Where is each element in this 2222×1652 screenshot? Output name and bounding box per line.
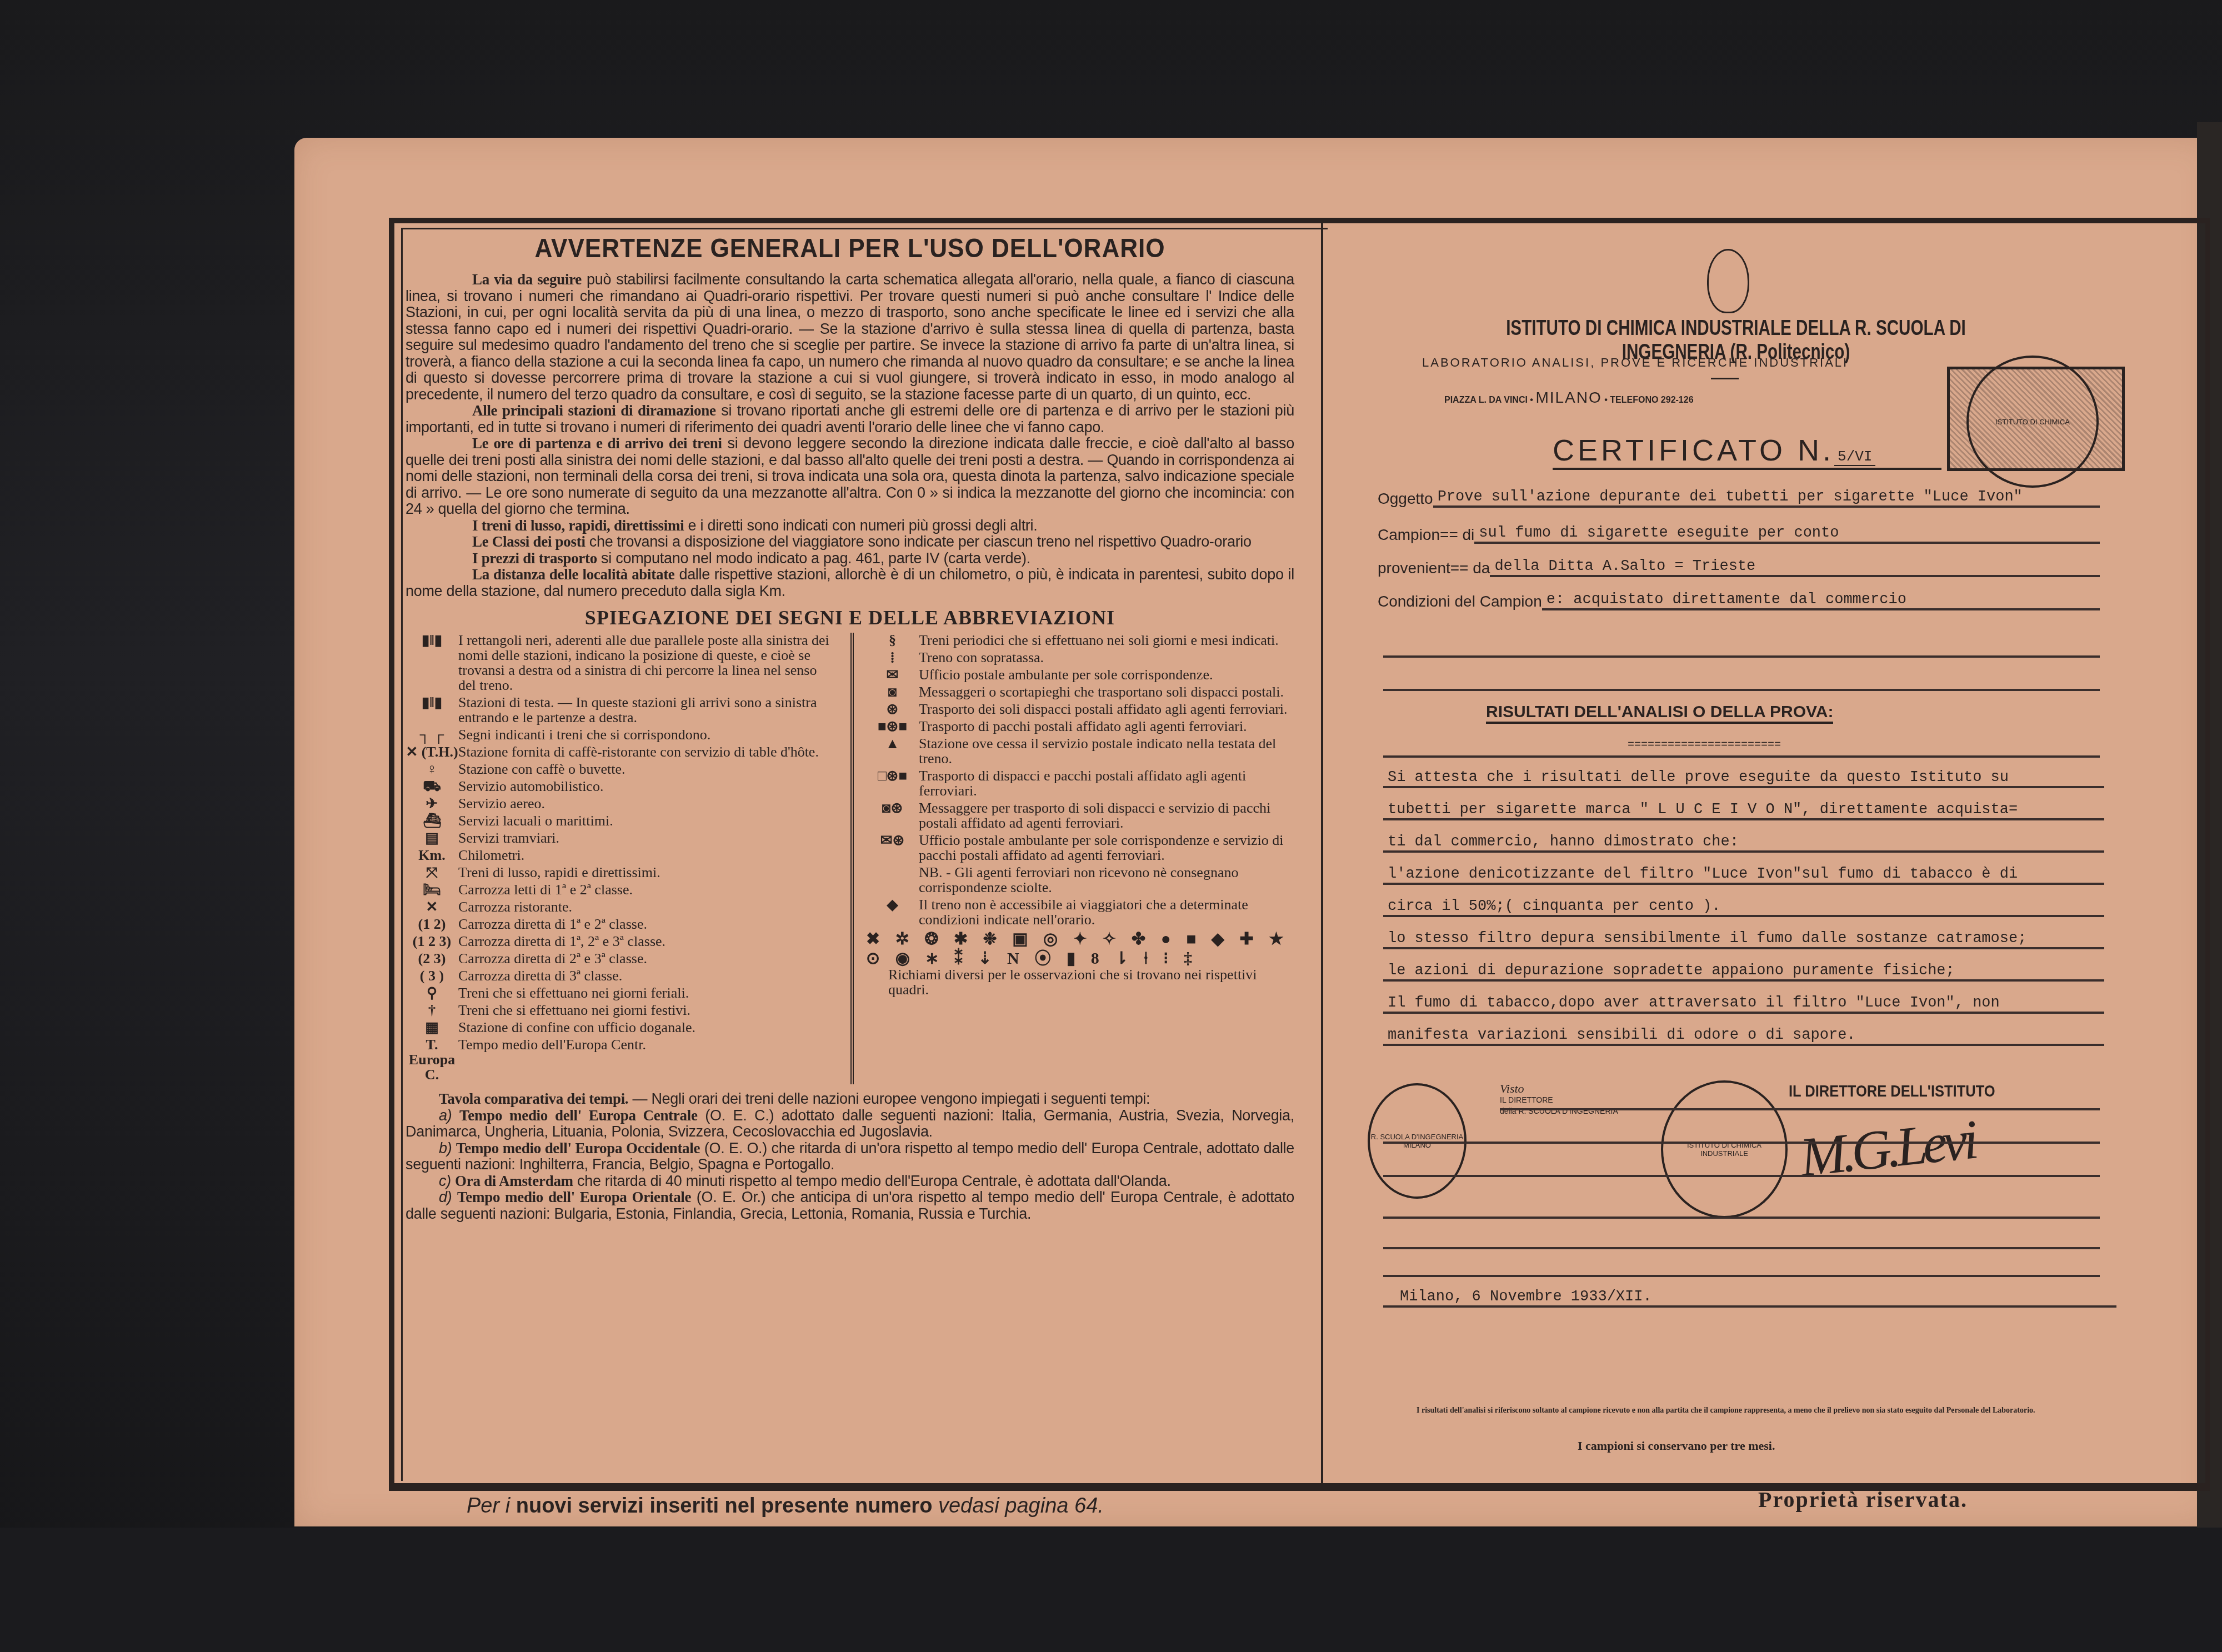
- sign-description: Servizio aereo.: [458, 796, 834, 811]
- sign-description: NB. - Gli agenti ferroviari non ricevono…: [919, 865, 1294, 895]
- sign-legend-item: ⤧Treni di lusso, rapidi e direttissimi.: [406, 865, 834, 880]
- sign-legend-item: ✈Servizio aereo.: [406, 796, 834, 811]
- sign-legend-item: Km.Chilometri.: [406, 848, 834, 863]
- instruction-paragraph: I prezzi di trasporto si computano nel m…: [406, 550, 1294, 567]
- sign-description: Stazione con caffè o buvette.: [458, 762, 834, 777]
- sign-legend-item: ⊛Trasporto dei soli dispacci postali aff…: [866, 702, 1294, 717]
- sign-description: Carrozza diretta di 3ª classe.: [458, 968, 834, 983]
- certificate-field: Condizioni del Campione: acquistato dire…: [1378, 592, 2100, 610]
- result-line: tubetti per sigarette marca " L U C E I …: [1383, 802, 2104, 820]
- blank-line: [1383, 655, 2100, 658]
- customs-icon: ▦: [406, 1020, 458, 1035]
- sign-description: Il treno non è accessibile ai viaggiator…: [919, 897, 1294, 927]
- sign-legend-item: ⛟Servizio automobilistico.: [406, 779, 834, 794]
- sign-legend-item: ■⊛■Trasporto di pacchi postali affidato …: [866, 719, 1294, 734]
- express-train-icon: ⤧: [406, 865, 458, 880]
- field-label: Campion== di: [1378, 526, 1474, 544]
- blank-line: [1383, 1275, 2100, 1277]
- signs-column-right: §Treni periodici che si effettuano nei s…: [850, 633, 1294, 1084]
- background-band: [0, 1528, 2222, 1652]
- km-icon: Km.: [406, 848, 458, 863]
- instruction-paragraphs: La via da seguire può stabilirsi facilme…: [406, 272, 1294, 599]
- sign-legend-item: ♀Stazione con caffè o buvette.: [406, 762, 834, 777]
- time-zone-item: b) Tempo medio dell' Europa Occidentale …: [406, 1140, 1294, 1173]
- mail-envelope-icon: ✉: [866, 667, 919, 682]
- sign-legend-item: ▲Stazione ove cessa il servizio postale …: [866, 736, 1294, 766]
- tavola-lead: Tavola comparativa dei tempi.: [439, 1090, 628, 1107]
- sign-description: Carrozza letti di 1ª e 2ª classe.: [458, 882, 834, 897]
- sign-description: Trasporto di dispacci e pacchi postali a…: [919, 768, 1294, 798]
- sign-legend-item: T. Europa C.Tempo medio dell'Europa Cent…: [406, 1037, 834, 1082]
- sign-legend-item: ✉⊛Ufficio postale ambulante per sole cor…: [866, 833, 1294, 863]
- sample-retention-note: I campioni si conservano per tre mesi.: [1578, 1439, 1775, 1453]
- sign-description: Trasporto dei soli dispacci postali affi…: [919, 702, 1294, 717]
- sign-legend-item: ▦Stazione di confine con ufficio doganal…: [406, 1020, 834, 1035]
- sign-legend-item: ◙Messaggeri o scortapieghi che trasporta…: [866, 684, 1294, 699]
- instruction-paragraph: Alle principali stazioni di diramazione …: [406, 403, 1294, 435]
- sign-legend-item: ⚲Treni che si effettuano nei giorni feri…: [406, 985, 834, 1000]
- dining-car-icon: ✕: [406, 899, 458, 914]
- field-value: della Ditta A.Salto = Trieste: [1490, 558, 2100, 577]
- equals-separator: =======================: [1628, 739, 1781, 752]
- sign-description: Treni di lusso, rapidi e direttissimi.: [458, 865, 834, 880]
- messenger-icon: ◙: [866, 684, 919, 699]
- sign-description: Ufficio postale ambulante per sole corri…: [919, 667, 1294, 682]
- sign-description: Treno con sopratassa.: [919, 650, 1294, 665]
- sign-description: Treni che si effettuano nei giorni feria…: [458, 985, 834, 1000]
- instruction-paragraph: Le Classi dei posti che trovansi a dispo…: [406, 534, 1294, 550]
- sign-description: Treni periodici che si effettuano nei so…: [919, 633, 1294, 648]
- royal-emblem-icon: [1707, 249, 1749, 313]
- blank-line: [1383, 689, 2100, 691]
- buvette-icon: ♀: [406, 762, 458, 777]
- blank-line: [1500, 1108, 2100, 1110]
- surcharge-icon: ⁞: [866, 650, 919, 665]
- field-value: e: acquistato direttamente dal commercio: [1542, 592, 2100, 610]
- sign-legend-item: ✕Carrozza ristorante.: [406, 899, 834, 914]
- parcel-wheel-icon: ■⊛■: [866, 719, 919, 734]
- timetable-instructions: AVVERTENZE GENERALI PER L'USO DELL'ORARI…: [406, 233, 1294, 1222]
- ship-icon: ⛴: [406, 813, 458, 828]
- symbols-caption: Richiami diversi per le osservazioni che…: [866, 967, 1294, 997]
- signs-title: SPIEGAZIONE DEI SEGNI E DELLE ABBREVIAZI…: [406, 606, 1294, 629]
- result-line: manifesta variazioni sensibili di odore …: [1383, 1027, 2104, 1046]
- field-value: sul fumo di sigarette eseguite per conto: [1474, 525, 2100, 544]
- sign-legend-item: ▮‖▮Stazioni di testa. — In queste stazio…: [406, 695, 834, 725]
- signs-legend: ▮‖▮I rettangoli neri, aderenti alle due …: [406, 633, 1294, 1084]
- time-zone-item: d) Tempo medio dell' Europa Orientale (O…: [406, 1189, 1294, 1222]
- sign-legend-item: ⛴Servizi lacuali o marittimi.: [406, 813, 834, 828]
- airplane-icon: ✈: [406, 796, 458, 811]
- postal-stop-icon: ▲: [866, 736, 919, 751]
- results-title: RISULTATI DELL'ANALISI O DELLA PROVA:: [1486, 703, 1833, 724]
- field-value: Prove sull'azione depurante dei tubetti …: [1433, 489, 2100, 508]
- result-line: lo stesso filtro depura sensibilmente il…: [1383, 930, 2104, 949]
- restaurant-icon: ✕ (T.H.): [406, 744, 458, 759]
- sign-legend-item: ✉Ufficio postale ambulante per sole corr…: [866, 667, 1294, 682]
- sign-legend-item: □⊛■Trasporto di dispacci e pacchi postal…: [866, 768, 1294, 798]
- sign-description: Tempo medio dell'Europa Centr.: [458, 1037, 834, 1052]
- coach-12-icon: (1 2): [406, 917, 458, 932]
- sign-description: Carrozza diretta di 2ª e 3ª classe.: [458, 951, 834, 966]
- field-label: Oggetto: [1378, 490, 1433, 508]
- sign-legend-item: ◙⊛Messaggere per trasporto di soli dispa…: [866, 800, 1294, 830]
- holiday-icon: †: [406, 1003, 458, 1018]
- dispatch-parcel-icon: □⊛■: [866, 768, 919, 783]
- coach-3-icon: ( 3 ): [406, 968, 458, 983]
- messenger-parcel-icon: ◙⊛: [866, 800, 919, 815]
- sign-description: Carrozza diretta di 1ª, 2ª e 3ª classe.: [458, 934, 834, 949]
- school-seal-icon: R. SCUOLA D'INGEGNERIA MILANO: [1368, 1083, 1467, 1199]
- result-line: ti dal commercio, hanno dimostrato che:: [1383, 834, 2104, 853]
- reference-symbols-row-1: ✖ ✲ ❂ ✱ ❉ ▣ ◎ ✦ ✧ ✤ ● ■ ◆ ✚ ★: [866, 932, 1294, 947]
- mail-parcel-icon: ✉⊛: [866, 833, 919, 848]
- blank-line: [1383, 1217, 2100, 1219]
- separator: [1711, 378, 1739, 379]
- sign-description: Trasporto di pacchi postali affidato agl…: [919, 719, 1294, 734]
- sign-description: Messaggere per trasporto di soli dispacc…: [919, 800, 1294, 830]
- sleeping-car-icon: 🛏: [406, 882, 458, 897]
- sign-description: Carrozza ristorante.: [458, 899, 834, 914]
- visto-block: Visto IL DIRETTORE della R. SCUOLA D'ING…: [1500, 1083, 1618, 1117]
- sign-legend-item: ⁞Treno con sopratassa.: [866, 650, 1294, 665]
- sign-legend-item: §Treni periodici che si effettuano nei s…: [866, 633, 1294, 648]
- central-europe-time-icon: T. Europa C.: [406, 1037, 458, 1082]
- result-line: Si attesta che i risultati delle prove e…: [1383, 769, 2104, 788]
- blank-line: [1383, 1142, 2100, 1144]
- instruction-paragraph: La distanza delle località abitate dalle…: [406, 567, 1294, 599]
- result-line: Il fumo di tabacco,dopo aver attraversat…: [1383, 995, 2104, 1014]
- sign-description: Servizi lacuali o marittimi.: [458, 813, 834, 828]
- time-zone-item: a) Tempo medio dell' Europa Centrale (O.…: [406, 1108, 1294, 1140]
- station-rectangles-icon: ▮‖▮: [406, 633, 458, 648]
- field-label: provenient== da: [1378, 559, 1490, 577]
- terminal-station-icon: ▮‖▮: [406, 695, 458, 710]
- result-line: l'azione denicotizzante del filtro "Luce…: [1383, 866, 2104, 885]
- sign-legend-item: (1 2 3)Carrozza diretta di 1ª, 2ª e 3ª c…: [406, 934, 834, 949]
- coach-23-icon: (2 3): [406, 951, 458, 966]
- coach-123-icon: (1 2 3): [406, 934, 458, 949]
- automobile-icon: ⛟: [406, 779, 458, 794]
- time-comparison-table: Tavola comparativa dei tempi. — Negli or…: [406, 1091, 1294, 1222]
- director-title: IL DIRETTORE DELL'ISTITUTO: [1789, 1082, 1995, 1101]
- blank-line: [1383, 1175, 2100, 1177]
- certificate-rule: [1553, 468, 1941, 470]
- certificate-number: CERTIFICATO N.5/VI: [1553, 433, 1875, 468]
- sign-description: Servizio automobilistico.: [458, 779, 834, 794]
- result-line: circa il 50%;( cinquanta per cento ).: [1383, 898, 2104, 917]
- tram-icon: ▤: [406, 830, 458, 845]
- sign-legend-item: (2 3)Carrozza diretta di 2ª e 3ª classe.: [406, 951, 834, 966]
- institute-round-seal-icon: ISTITUTO DI CHIMICA INDUSTRIALE: [1661, 1080, 1788, 1218]
- sign-legend-item: ▤Servizi tramviari.: [406, 830, 834, 845]
- sign-legend-item: ✕ (T.H.)Stazione fornita di caffè-ristor…: [406, 744, 834, 759]
- postal-wheel-icon: ⊛: [866, 702, 919, 717]
- sign-legend-item: NB. - Gli agenti ferroviari non ricevono…: [866, 865, 1294, 895]
- certificate-field: OggettoProve sull'azione depurante dei t…: [1378, 489, 2100, 508]
- periodic-train-icon: §: [866, 633, 919, 648]
- weekday-icon: ⚲: [406, 985, 458, 1000]
- sign-description: Chilometri.: [458, 848, 834, 863]
- instruction-paragraph: Le ore di partenza e di arrivo dei treni…: [406, 435, 1294, 518]
- sign-legend-item: ▮‖▮I rettangoli neri, aderenti alle due …: [406, 633, 834, 693]
- page-title: AVVERTENZE GENERALI PER L'USO DELL'ORARI…: [441, 233, 1259, 264]
- instruction-paragraph: I treni di lusso, rapidi, direttissimi e…: [406, 518, 1294, 534]
- certificate-field: Campion== disul fumo di sigarette esegui…: [1378, 525, 2100, 544]
- time-zone-item: c) Ora di Amsterdam che ritarda di 40 mi…: [406, 1173, 1294, 1190]
- column-divider: [1321, 218, 1323, 1491]
- sign-description: Stazione di confine con ufficio doganale…: [458, 1020, 834, 1035]
- sign-description: Segni indicanti i treni che si corrispon…: [458, 727, 834, 742]
- sign-description: Stazioni di testa. — In queste stazioni …: [458, 695, 834, 725]
- new-services-note: Per i nuovi servizi inseriti nel present…: [467, 1494, 1104, 1518]
- sign-description: Stazione ove cessa il servizio postale i…: [919, 736, 1294, 766]
- sign-legend-item: ┐ ┌Segni indicanti i treni che si corris…: [406, 727, 834, 742]
- field-label: Condizioni del Campion: [1378, 593, 1542, 610]
- instruction-paragraph: La via da seguire può stabilirsi facilme…: [406, 272, 1294, 403]
- sign-legend-item: (1 2)Carrozza diretta di 1ª e 2ª classe.: [406, 917, 834, 932]
- restricted-icon: ◆: [866, 897, 919, 912]
- signs-column-left: ▮‖▮I rettangoli neri, aderenti alle due …: [406, 633, 834, 1084]
- sign-description: Treni che si effettuano nei giorni festi…: [458, 1003, 834, 1018]
- sign-description: Stazione fornita di caffè-ristorante con…: [458, 744, 834, 759]
- tavola-intro: — Negli orari dei treni delle nazioni eu…: [628, 1090, 1150, 1107]
- sign-legend-item: 🛏Carrozza letti di 1ª e 2ª classe.: [406, 882, 834, 897]
- institute-address: PIAZZA L. DA VINCI • MILANO • TELEFONO 2…: [1444, 389, 1944, 407]
- sign-legend-item: ( 3 )Carrozza diretta di 3ª classe.: [406, 968, 834, 983]
- sign-legend-item: †Treni che si effettuano nei giorni fest…: [406, 1003, 834, 1018]
- issue-date: Milano, 6 Novembre 1933/XII.: [1383, 1289, 2116, 1308]
- institute-seal-icon: ISTITUTO DI CHIMICA: [1966, 356, 2099, 488]
- blank-line: [1383, 1247, 2100, 1249]
- connection-signs-icon: ┐ ┌: [406, 727, 458, 742]
- sign-description: Ufficio postale ambulante per sole corri…: [919, 833, 1294, 863]
- sign-legend-item: ◆Il treno non è accessibile ai viaggiato…: [866, 897, 1294, 927]
- sign-description: Carrozza diretta di 1ª e 2ª classe.: [458, 917, 834, 932]
- sign-description: Messaggeri o scortapieghi che trasportan…: [919, 684, 1294, 699]
- blank-line: [1383, 755, 2100, 758]
- sign-description: I rettangoli neri, aderenti alle due par…: [458, 633, 834, 693]
- certificate-field: provenient== dadella Ditta A.Salto = Tri…: [1378, 558, 2100, 577]
- disclaimer: I risultati dell'analisi si riferiscono …: [1383, 1405, 2100, 1416]
- sign-description: Servizi tramviari.: [458, 830, 834, 845]
- rights-reserved: Proprietà riservata.: [1758, 1486, 1968, 1513]
- result-line: le azioni di depurazione sopradette appa…: [1383, 963, 2104, 982]
- reference-symbols-row-2: ⊙ ◉ ∗ ⁑ ⇣ Ν ⦿ ▮ 8 ⇂ ⍿ ⁝ ‡: [866, 951, 1294, 966]
